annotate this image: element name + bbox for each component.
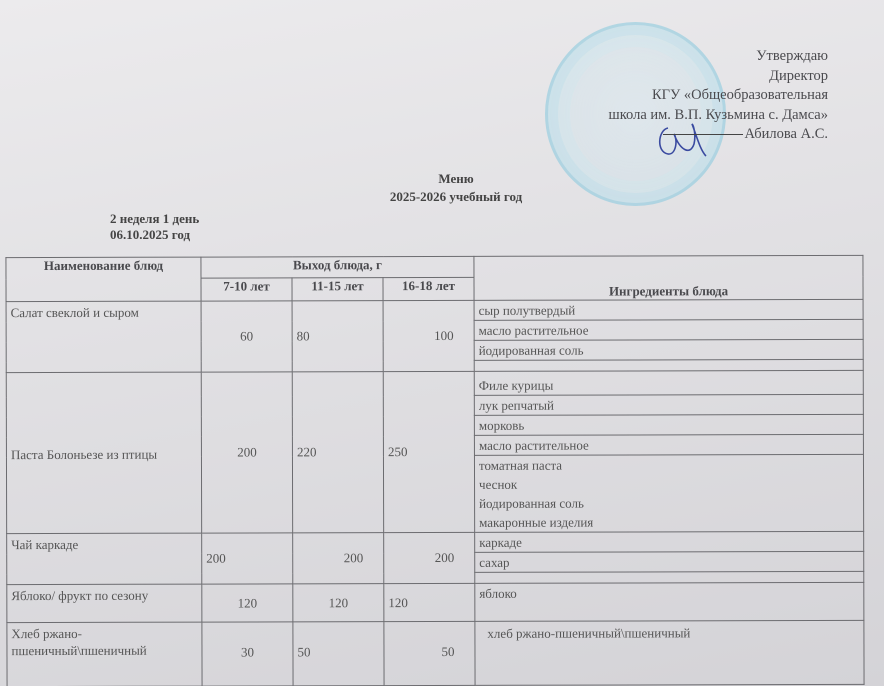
qty-11-15: 200	[293, 533, 384, 584]
approval-line-4: школа им. В.П. Кузьмина с. Дамса»	[609, 106, 828, 126]
table-row: Паста Болоньезе из птицы 200 220 250 Фил…	[6, 370, 863, 396]
title-line-1: Меню	[14, 170, 884, 188]
ingredient: яблоко	[475, 582, 864, 621]
date-label: 06.10.2025 год	[110, 227, 199, 243]
ingredient: морковь	[474, 414, 863, 435]
dish-name: Салат свеклой и сыром	[6, 301, 201, 373]
ingredient: макаронные изделия	[479, 512, 859, 532]
ingredient: томатная паста	[479, 455, 859, 475]
qty-11-15: 50	[293, 622, 384, 686]
ingredient: масло растительное	[474, 434, 863, 455]
header-age-11-15: 11-15 лет	[292, 278, 383, 301]
dish-name: Паста Болоньезе из птицы	[6, 372, 201, 534]
approval-line-1: Утверждаю	[609, 47, 828, 67]
ingredient: масло растительное	[474, 319, 863, 340]
header-ingredients: Ингредиенты блюда	[474, 255, 863, 300]
approval-line-2: Директор	[609, 67, 828, 87]
ingredient-group: томатная паста чеснок йодированная соль …	[474, 454, 863, 532]
header-yield: Выход блюда, г	[201, 256, 474, 278]
table-row: Хлеб ржано-пшеничный\пшеничный 30 50 50 …	[7, 620, 864, 686]
dish-name: Чай каркаде	[7, 533, 202, 585]
qty-16-18: 250	[383, 371, 474, 532]
qty-16-18: 200	[384, 532, 475, 583]
ingredient: хлеб ржано-пшеничный\пшеничный	[475, 620, 864, 685]
title-line-2: 2025-2026 учебный год	[14, 188, 884, 206]
qty-7-10: 200	[202, 533, 293, 584]
ingredient: сахар	[475, 551, 864, 572]
table-row: Яблоко/ фрукт по сезону 120 120 120 ябло…	[7, 582, 864, 622]
approval-block: Утверждаю Директор КГУ «Общеобразователь…	[609, 47, 828, 145]
week-day-label: 2 неделя 1 день	[110, 211, 199, 227]
ingredient: каркаде	[475, 531, 864, 552]
qty-7-10: 60	[201, 301, 292, 372]
ingredient: чеснок	[479, 474, 859, 494]
dish-name: Яблоко/ фрукт по сезону	[7, 584, 202, 623]
table-row: Чай каркаде 200 200 200 каркаде	[7, 531, 864, 553]
qty-11-15: 120	[293, 584, 384, 622]
dish-name: Хлеб ржано-пшеничный\пшеничный	[7, 622, 202, 686]
header-age-7-10: 7-10 лет	[201, 278, 292, 301]
ingredient: йодированная соль	[479, 493, 859, 513]
signature-line	[663, 134, 743, 135]
menu-table: Наименование блюд Выход блюда, г Ингреди…	[5, 255, 864, 686]
qty-11-15: 220	[292, 372, 383, 533]
table-row: Салат свеклой и сыром 60 80 100 сыр полу…	[6, 299, 863, 321]
qty-7-10: 30	[202, 622, 293, 686]
ingredient: лук репчатый	[474, 394, 863, 415]
ingredient: йодированная соль	[474, 339, 863, 360]
qty-16-18: 100	[383, 300, 474, 371]
ingredient: сыр полутвердый	[474, 299, 863, 320]
header-age-16-18: 16-18 лет	[383, 277, 474, 300]
document-page: Утверждаю Директор КГУ «Общеобразователь…	[0, 0, 884, 686]
qty-16-18: 50	[384, 621, 475, 685]
qty-16-18: 120	[384, 583, 475, 621]
qty-11-15: 80	[292, 301, 383, 372]
header-dish: Наименование блюд	[6, 257, 201, 302]
day-info: 2 неделя 1 день 06.10.2025 год	[110, 211, 199, 243]
ingredient: Филе курицы	[474, 370, 863, 395]
approval-signer: Абилова А.С.	[745, 126, 828, 142]
menu-title: Меню 2025-2026 учебный год	[0, 170, 884, 206]
qty-7-10: 200	[201, 372, 292, 533]
qty-7-10: 120	[202, 584, 293, 622]
approval-line-3: КГУ «Общеобразовательная	[609, 86, 828, 106]
